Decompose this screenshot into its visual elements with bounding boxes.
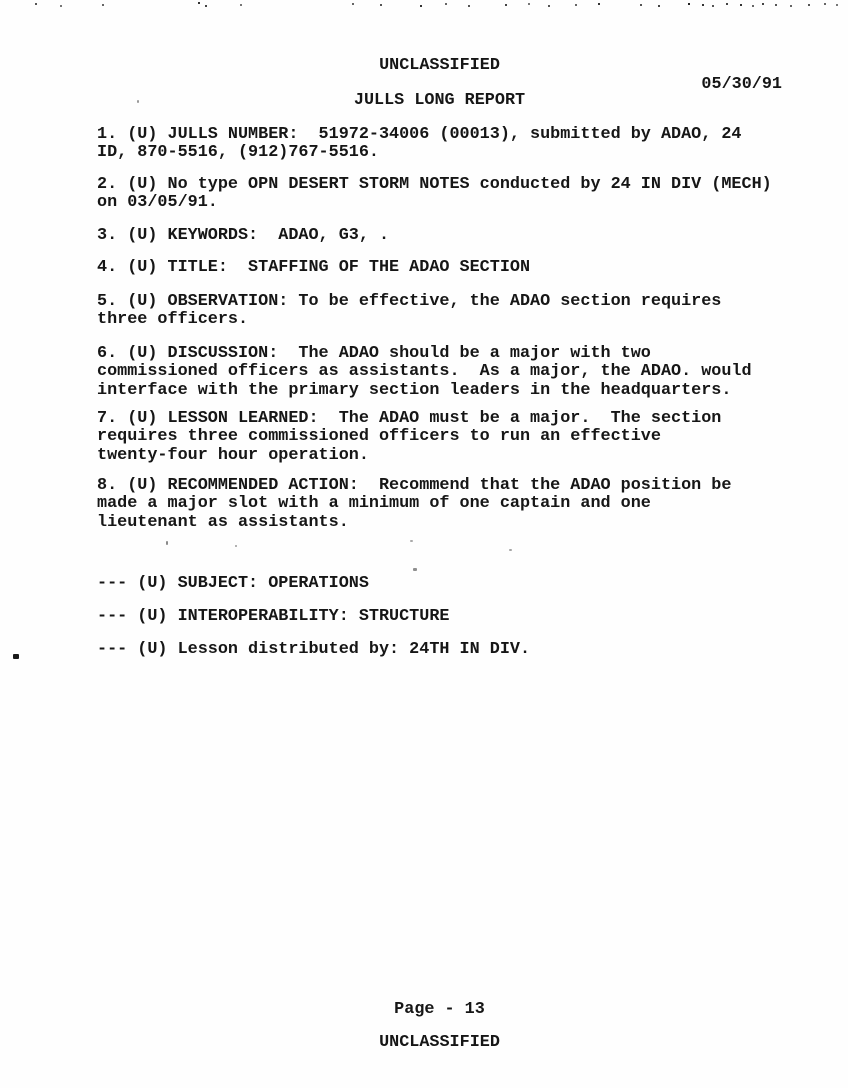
report-title: JULLS LONG REPORT — [97, 92, 782, 110]
page-number: Page - 13 — [97, 1001, 782, 1019]
scan-artifact — [235, 545, 237, 547]
scan-artifact — [137, 100, 139, 103]
paragraph-title: 4. (U) TITLE: STAFFING OF THE ADAO SECTI… — [97, 259, 782, 277]
classification-banner-bottom: UNCLASSIFIED — [97, 1034, 782, 1052]
paragraph-keywords: 3. (U) KEYWORDS: ADAO, G3, . — [97, 227, 782, 245]
paragraph-recommended-action: 8. (U) RECOMMENDED ACTION: Recommend tha… — [97, 477, 782, 532]
scan-noise-artifact — [0, 3, 2, 5]
paragraph-opn-notes: 2. (U) No type OPN DESERT STORM NOTES co… — [97, 176, 782, 213]
distribution-line-subject: --- (U) SUBJECT: OPERATIONS — [97, 575, 782, 593]
paragraph-discussion: 6. (U) DISCUSSION: The ADAO should be a … — [97, 345, 782, 400]
scan-artifact — [413, 568, 417, 571]
scan-artifact — [166, 541, 168, 545]
distribution-line-distributed-by: --- (U) Lesson distributed by: 24TH IN D… — [97, 641, 782, 659]
paragraph-observation: 5. (U) OBSERVATION: To be effective, the… — [97, 293, 782, 330]
distribution-line-interoperability: --- (U) INTEROPERABILITY: STRUCTURE — [97, 608, 782, 626]
paragraph-lesson-learned: 7. (U) LESSON LEARNED: The ADAO must be … — [97, 410, 782, 465]
scan-artifact — [13, 654, 19, 659]
scan-artifact — [509, 549, 512, 551]
scan-artifact — [410, 540, 413, 542]
paragraph-julls-number: 1. (U) JULLS NUMBER: 51972-34006 (00013)… — [97, 126, 782, 163]
classification-banner-top: UNCLASSIFIED — [97, 57, 782, 75]
